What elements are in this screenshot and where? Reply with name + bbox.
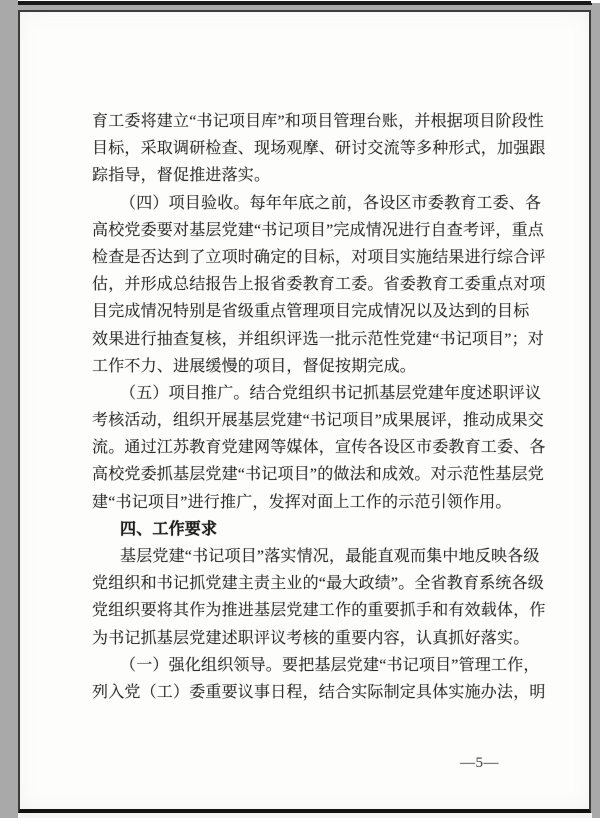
previous-page-bottom-edge bbox=[18, 0, 592, 5]
document-line: 考核活动，组织开展基层党建“书记项目”成果展评，推动成果交 bbox=[92, 407, 530, 434]
document-line: 建“书记项目”进行推广，发挥对面上工作的示范引领作用。 bbox=[92, 489, 530, 516]
next-page-top-edge bbox=[18, 813, 592, 818]
document-page: 育工委将建立“书记项目库”和项目管理台账，并根据项目阶段性目标，采取调研检查、现… bbox=[18, 10, 591, 813]
document-line: 基层党建“书记项目”落实情况，最能直观而集中地反映各级 bbox=[92, 543, 530, 570]
document-line: 为书记抓基层党建述职评议考核的重要内容，认真抓好落实。 bbox=[92, 625, 530, 652]
document-line: （五）项目推广。结合党组织书记抓基层党建年度述职评议 bbox=[92, 380, 530, 407]
document-line: 估，并形成总结报告上报省委教育工委。省委教育工委重点对项 bbox=[92, 271, 530, 298]
document-line: 目完成情况特别是省级重点管理项目完成情况以及达到的目标 bbox=[92, 298, 530, 325]
document-line: （四）项目验收。每年年底之前，各设区市委教育工委、各 bbox=[92, 190, 530, 217]
document-line: 效果进行抽查复核，并组织评选一批示范性党建“书记项目”；对 bbox=[92, 326, 530, 353]
document-line: 育工委将建立“书记项目库”和项目管理台账，并根据项目阶段性 bbox=[92, 108, 530, 135]
scan-artifact-corner bbox=[591, 0, 600, 3]
document-line: 流。通过江苏教育党建网等媒体，宣传各设区市委教育工委、各 bbox=[92, 434, 530, 461]
document-line: 高校党委要对基层党建“书记项目”完成情况进行自查考评，重点 bbox=[92, 217, 530, 244]
document-line: 工作不力、进展缓慢的项目，督促按期完成。 bbox=[92, 353, 530, 380]
document-line: 目标，采取调研检查、现场观摩、研讨交流等多种形式，加强跟 bbox=[92, 135, 530, 162]
document-line: 踪指导，督促推进落实。 bbox=[92, 162, 530, 189]
document-line: 检查是否达到了立项时确定的目标，对项目实施结果进行综合评 bbox=[92, 244, 530, 271]
scan-viewer-background: { "page": { "background_color": "#a9a9a9… bbox=[0, 0, 600, 818]
document-line: 党组织要将其作为推进基层党建工作的重要抓手和有效载体，作 bbox=[92, 597, 530, 624]
document-line: （一）强化组织领导。要把基层党建“书记项目”管理工作， bbox=[92, 652, 530, 679]
page-number: —5— bbox=[460, 754, 499, 772]
document-text-block: 育工委将建立“书记项目库”和项目管理台账，并根据项目阶段性目标，采取调研检查、现… bbox=[92, 108, 530, 706]
section-heading: 四、工作要求 bbox=[92, 516, 530, 543]
document-line: 高校党委抓基层党建“书记项目”的做法和成效。对示范性基层党 bbox=[92, 461, 530, 488]
document-line: 党组织和书记抓党建主责主业的“最大政绩”。全省教育系统各级 bbox=[92, 570, 530, 597]
document-line: 列入党（工）委重要议事日程，结合实际制定具体实施办法，明 bbox=[92, 679, 530, 706]
